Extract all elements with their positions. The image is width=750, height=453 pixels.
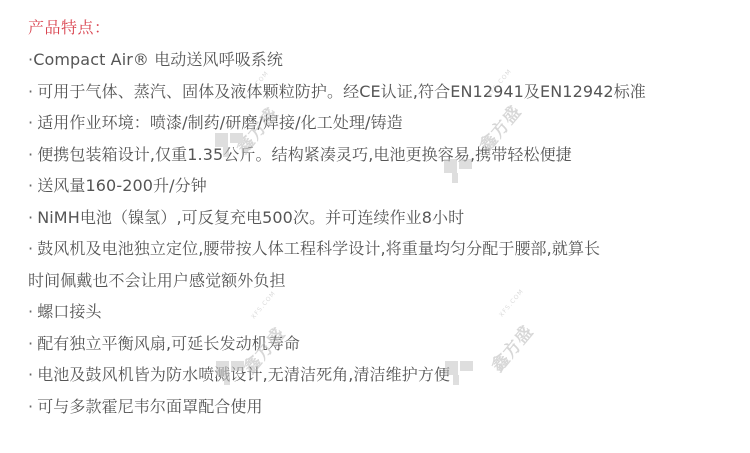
feature-item: ·配有独立平衡风扇,可延长发动机寿命 bbox=[28, 328, 730, 360]
feature-item: ·可与多款霍尼韦尔面罩配合使用 bbox=[28, 391, 730, 423]
feature-item: ·适用作业环境：喷漆/制药/研磨/焊接/化工处理/铸造 bbox=[28, 107, 730, 139]
feature-text: 电池及鼓风机皆为防水喷溅设计,无清洁死角,清洁维护方便 bbox=[37, 365, 450, 384]
bullet-dot: · bbox=[28, 176, 33, 195]
feature-text: 鼓风机及电池独立定位,腰带按人体工程科学设计,将重量均匀分配于腰部,就算长 bbox=[37, 239, 600, 258]
feature-text: 螺口接头 bbox=[37, 302, 101, 321]
feature-item: ·鼓风机及电池独立定位,腰带按人体工程科学设计,将重量均匀分配于腰部,就算长 bbox=[28, 233, 730, 265]
feature-text: NiMH电池（镍氢）,可反复充电500次。并可连续作业8小时 bbox=[37, 208, 464, 227]
bullet-dot: · bbox=[28, 113, 33, 132]
bullet-dot: · bbox=[28, 302, 33, 321]
feature-text: Compact Air® 电动送风呼吸系统 bbox=[33, 50, 283, 69]
bullet-dot: · bbox=[28, 334, 33, 353]
product-features-section: 产品特点： ·Compact Air® 电动送风呼吸系统 ·可用于气体、蒸汽、固… bbox=[28, 18, 730, 422]
bullet-dot: · bbox=[28, 239, 33, 258]
feature-text: 可用于气体、蒸汽、固体及液体颗粒防护。经CE认证,符合EN12941及EN129… bbox=[37, 82, 646, 101]
feature-text: 送风量160-200升/分钟 bbox=[37, 176, 207, 195]
feature-item: ·便携包装箱设计,仅重1.35公斤。结构紧凑灵巧,电池更换容易,携带轻松便捷 bbox=[28, 139, 730, 171]
feature-item: ·可用于气体、蒸汽、固体及液体颗粒防护。经CE认证,符合EN12941及EN12… bbox=[28, 76, 730, 108]
feature-text: 便携包装箱设计,仅重1.35公斤。结构紧凑灵巧,电池更换容易,携带轻松便捷 bbox=[37, 145, 572, 164]
feature-continuation: 时间佩戴也不会让用户感觉额外负担 bbox=[28, 265, 730, 297]
bullet-dot: · bbox=[28, 397, 33, 416]
bullet-dot: · bbox=[28, 82, 33, 101]
feature-text: 配有独立平衡风扇,可延长发动机寿命 bbox=[37, 334, 300, 353]
feature-text: 可与多款霍尼韦尔面罩配合使用 bbox=[37, 397, 262, 416]
feature-item: ·送风量160-200升/分钟 bbox=[28, 170, 730, 202]
feature-item: ·NiMH电池（镍氢）,可反复充电500次。并可连续作业8小时 bbox=[28, 202, 730, 234]
section-heading: 产品特点： bbox=[28, 18, 730, 44]
bullet-dot: · bbox=[28, 145, 33, 164]
feature-item: ·Compact Air® 电动送风呼吸系统 bbox=[28, 44, 730, 76]
feature-text: 适用作业环境：喷漆/制药/研磨/焊接/化工处理/铸造 bbox=[37, 113, 403, 132]
feature-item: ·电池及鼓风机皆为防水喷溅设计,无清洁死角,清洁维护方便 bbox=[28, 359, 730, 391]
bullet-dot: · bbox=[28, 208, 33, 227]
feature-item: ·螺口接头 bbox=[28, 296, 730, 328]
bullet-dot: · bbox=[28, 365, 33, 384]
